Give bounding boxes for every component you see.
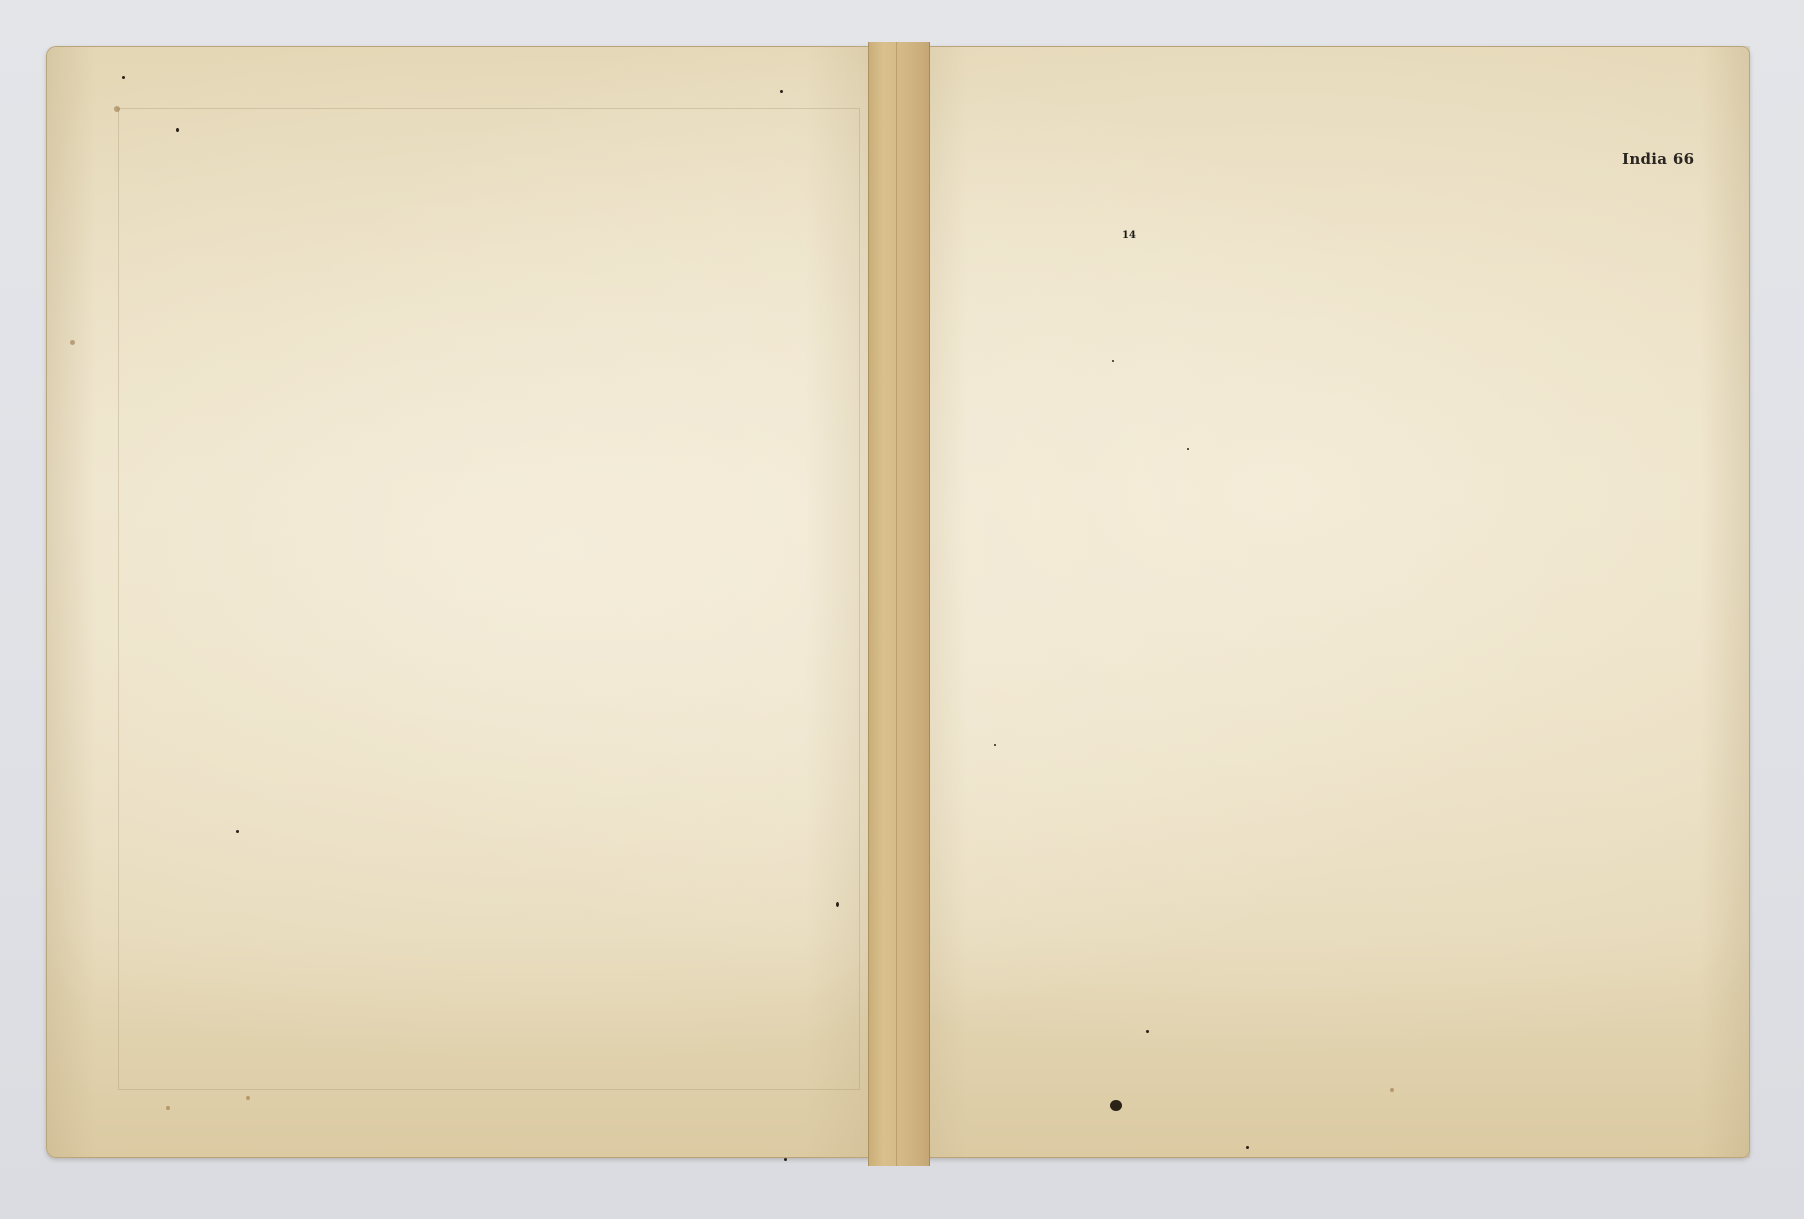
foxing-speck [836, 902, 839, 907]
sheet-label: India 66 [1622, 150, 1694, 168]
foxing-speck [1110, 1100, 1122, 1111]
foxing-speck [1246, 1146, 1249, 1149]
center-fold-line [896, 42, 897, 1166]
printed-border-showthrough [118, 108, 860, 1090]
map-sheet-back: India 66 14 [46, 46, 1750, 1158]
foxing-speck [784, 1158, 787, 1161]
foxing-speck [176, 128, 179, 132]
right-panel [926, 46, 1750, 1158]
foxing-speck [236, 830, 239, 833]
foxing-speck [1187, 448, 1189, 450]
left-panel [46, 46, 871, 1158]
foxing-speck [994, 744, 996, 746]
foxing-stain [114, 106, 120, 112]
foxing-stain [70, 340, 75, 345]
foxing-speck [780, 90, 783, 93]
foxing-speck [122, 76, 125, 79]
foxing-stain [1390, 1088, 1394, 1092]
foxing-stain [166, 1106, 170, 1110]
page-mark: 14 [1122, 230, 1136, 241]
foxing-stain [246, 1096, 250, 1100]
foxing-speck [1112, 360, 1114, 362]
foxing-speck [1146, 1030, 1149, 1033]
hinge-tape [868, 42, 930, 1166]
